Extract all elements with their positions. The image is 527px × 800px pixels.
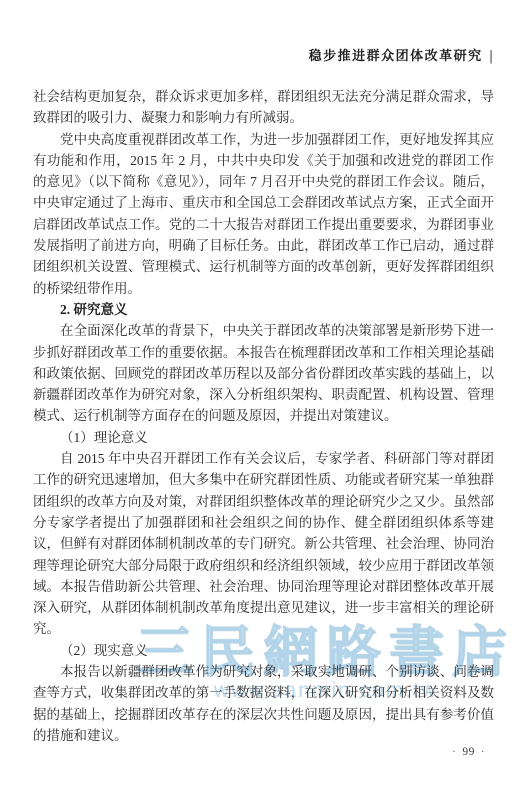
book-page: 稳步推进群众团体改革研究| 三民網路書店 www.sanmin.com.tw 社…	[0, 0, 527, 800]
paragraph-party-reform: 党中央高度重视群团改革工作，为进一步加强群团工作，更好地发挥其应有功能和作用，2…	[33, 129, 494, 299]
page-number: ·99·	[446, 746, 491, 758]
subheading-practical-significance: （2）现实意义	[33, 640, 494, 661]
page-number-left-dot: ·	[452, 746, 456, 758]
paragraph-background: 在全面深化改革的背景下，中央关于群团改革的决策部署是新形势下进一步抓好群团改革工…	[33, 320, 494, 426]
page-number-right-dot: ·	[481, 746, 485, 758]
page-body-text: 社会结构更加复杂，群众诉求更加多样，群团组织无法充分满足群众需求，导致群团的吸引…	[33, 86, 494, 746]
running-head-separator: |	[490, 47, 494, 65]
paragraph-continuation: 社会结构更加复杂，群众诉求更加多样，群团组织无法充分满足群众需求，导致群团的吸引…	[33, 86, 494, 129]
paragraph-theoretical: 自 2015 年中央召开群团工作有关会议后，专家学者、科研部门等对群团工作的研究…	[33, 448, 494, 640]
running-head-title: 稳步推进群众团体改革研究	[309, 48, 483, 63]
subheading-theoretical-significance: （1）理论意义	[33, 427, 494, 448]
running-head: 稳步推进群众团体改革研究|	[309, 45, 494, 64]
page-number-value: 99	[462, 746, 475, 758]
heading-research-significance: 2. 研究意义	[33, 299, 494, 320]
paragraph-practical: 本报告以新疆群团改革作为研究对象，采取实地调研、个别访谈、问卷调查等方式，收集群…	[33, 661, 494, 746]
